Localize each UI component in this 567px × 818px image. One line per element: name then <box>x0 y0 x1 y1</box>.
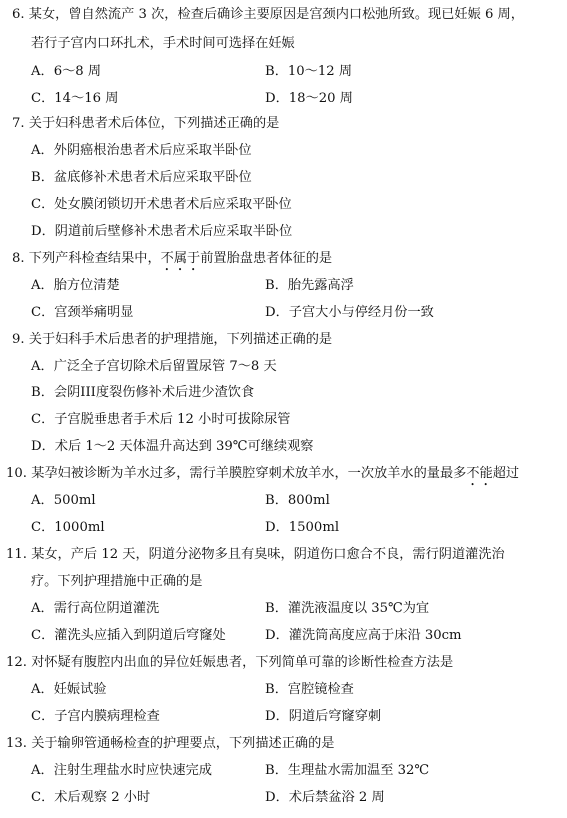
option-label: B． <box>265 493 288 508</box>
question-text: 关于输卵管通畅检查的护理要点，下列描述正确的是 <box>31 736 334 751</box>
question-6-stem: 6. 某女，曾自然流产 3 次，检查后确诊主要原因是宫颈内口松弛所致。现已妊娠 … <box>12 6 524 24</box>
question-text: 某女，曾自然流产 3 次，检查后确诊主要原因是宫颈内口松弛所致。现已妊娠 6 周… <box>29 7 524 22</box>
option-text: 14～16 周 <box>54 91 118 106</box>
option-text: 宫颈举痛明显 <box>54 305 133 320</box>
question-13-option-a: A．注射生理盐水时应快速完成 <box>31 762 212 780</box>
question-number: 9. <box>12 332 25 347</box>
question-8-option-a: A．胎方位清楚 <box>31 277 120 295</box>
question-11-option-b: B．灌洗液温度以 35℃为宜 <box>265 600 429 618</box>
option-text: 外阴癌根治患者术后应采取半卧位 <box>54 143 252 158</box>
question-12-option-c: C．子宫内膜病理检查 <box>31 708 160 726</box>
question-13-option-b: B．生理盐水需加温至 32℃ <box>265 762 429 780</box>
question-10-option-d: D．1500ml <box>265 519 339 537</box>
question-number: 11. <box>6 547 27 562</box>
question-number: 13. <box>6 736 27 751</box>
question-text: 某孕妇被诊断为羊水过多，需行羊膜腔穿刺术放羊水，一次放羊水的量最多 <box>31 466 466 481</box>
question-number: 6. <box>12 7 25 22</box>
option-text: 阴道前后壁修补术患者术后应采取半卧位 <box>55 224 292 239</box>
question-text: 关于妇科患者术后体位，下列描述正确的是 <box>29 116 280 131</box>
question-8-option-b: B．胎先露高浮 <box>265 277 354 295</box>
option-label: A． <box>31 763 54 778</box>
question-text-cont: 超过 <box>493 466 519 481</box>
question-number: 12. <box>6 655 27 670</box>
question-8-option-d: D．子宫大小与停经月份一致 <box>265 304 434 322</box>
question-6-option-d: D．18～20 周 <box>265 90 353 108</box>
option-text: 胎方位清楚 <box>54 278 120 293</box>
question-7-option-c: C．处女膜闭锁切开术患者术后应采取平卧位 <box>31 196 292 214</box>
question-text: 对怀疑有腹腔内出血的异位妊娠患者，下列简单可靠的诊断性检查方法是 <box>31 655 453 670</box>
option-text: 灌洗头应插入到阴道后穹窿处 <box>54 628 225 643</box>
option-label: D． <box>265 520 289 535</box>
question-11-option-a: A．需行高位阴道灌洗 <box>31 600 159 618</box>
question-7-option-b: B．盆底修补术患者术后应采取平卧位 <box>31 169 252 187</box>
option-text: 子宫脱垂患者手术后 12 小时可拔除尿管 <box>54 412 290 427</box>
question-9-option-a: A．广泛全子宫切除术后留置尿管 7～8 天 <box>31 358 277 376</box>
option-text: 妊娠试验 <box>54 682 107 697</box>
question-9-option-b: B．会阴III度裂伤修补术后进少渣饮食 <box>31 384 254 402</box>
option-text: 阴道后穹窿穿刺 <box>289 709 381 724</box>
option-label: A． <box>31 64 54 79</box>
question-9-option-d: D．术后 1～2 天体温升高达到 39℃可继续观察 <box>31 438 313 456</box>
question-10-stem: 10. 某孕妇被诊断为羊水过多，需行羊膜腔穿刺术放羊水，一次放羊水的量最多不能超… <box>6 465 519 489</box>
option-label: B． <box>31 385 54 400</box>
question-12-option-a: A．妊娠试验 <box>31 681 106 699</box>
option-text: 500ml <box>54 493 96 508</box>
option-label: D． <box>265 628 289 643</box>
option-label: B． <box>265 64 288 79</box>
option-text: 会阴III度裂伤修补术后进少渣饮食 <box>54 385 254 400</box>
option-label: A． <box>31 682 54 697</box>
question-8-option-c: C．宫颈举痛明显 <box>31 304 133 322</box>
option-text: 10～12 周 <box>288 64 352 79</box>
question-text: 关于妇科手术后患者的护理措施，下列描述正确的是 <box>29 332 332 347</box>
question-13-stem: 13. 关于输卵管通畅检查的护理要点，下列描述正确的是 <box>6 735 335 753</box>
question-11-option-d: D．灌洗筒高度应高于床沿 30cm <box>265 627 462 645</box>
option-text: 6～8 周 <box>54 64 101 79</box>
question-7-option-d: D．阴道前后壁修补术患者术后应采取半卧位 <box>31 223 292 241</box>
emphasis-text: 不能 <box>466 466 492 481</box>
option-label: C． <box>31 412 54 427</box>
question-text: 某女，产后 12 天，阴道分泌物多且有臭味，阴道伤口愈合不良，需行阴道灌洗治 <box>31 547 505 562</box>
question-6-stem-cont: 若行子宫内口环扎术，手术时间可选择在妊娠 <box>31 35 295 53</box>
question-13-option-c: C．术后观察 2 小时 <box>31 789 150 807</box>
option-text: 胎先露高浮 <box>288 278 354 293</box>
question-6-option-c: C．14～16 周 <box>31 90 118 108</box>
question-10-option-b: B．800ml <box>265 492 330 510</box>
option-label: A． <box>31 493 54 508</box>
question-12-option-b: B．宫腔镜检查 <box>265 681 354 699</box>
option-text: 子宫内膜病理检查 <box>54 709 160 724</box>
option-label: A． <box>31 143 54 158</box>
question-7-stem: 7. 关于妇科患者术后体位，下列描述正确的是 <box>12 115 279 133</box>
option-label: C． <box>31 790 54 805</box>
option-label: A． <box>31 601 54 616</box>
option-label: B． <box>265 601 288 616</box>
option-text: 术后禁盆浴 2 周 <box>289 790 385 805</box>
question-number: 10. <box>6 466 27 481</box>
option-text: 灌洗筒高度应高于床沿 30cm <box>289 628 462 643</box>
question-text: 下列产科检查结果中， <box>29 251 161 266</box>
option-text: 术后观察 2 小时 <box>54 790 150 805</box>
question-6-option-b: B．10～12 周 <box>265 63 352 81</box>
option-label: B． <box>265 682 288 697</box>
option-text: 术后 1～2 天体温升高达到 39℃可继续观察 <box>55 439 314 454</box>
option-text: 宫腔镜检查 <box>288 682 354 697</box>
option-text: 处女膜闭锁切开术患者术后应采取平卧位 <box>54 197 291 212</box>
question-9-stem: 9. 关于妇科手术后患者的护理措施，下列描述正确的是 <box>12 331 332 349</box>
option-text: 盆底修补术患者术后应采取平卧位 <box>54 170 252 185</box>
option-text: 灌洗液温度以 35℃为宜 <box>288 601 429 616</box>
option-label: D． <box>31 439 55 454</box>
option-label: C． <box>31 520 54 535</box>
option-label: D． <box>265 709 289 724</box>
option-label: C． <box>31 709 54 724</box>
question-12-option-d: D．阴道后穹窿穿刺 <box>265 708 381 726</box>
option-label: A． <box>31 359 54 374</box>
question-text-cont: 前置胎盘患者体征的是 <box>200 251 332 266</box>
option-label: D． <box>265 91 289 106</box>
question-number: 8. <box>12 251 25 266</box>
option-text: 1500ml <box>289 520 339 535</box>
option-text: 800ml <box>288 493 330 508</box>
question-8-stem: 8. 下列产科检查结果中，不属于前置胎盘患者体征的是 <box>12 250 332 274</box>
question-11-stem: 11. 某女，产后 12 天，阴道分泌物多且有臭味，阴道伤口愈合不良，需行阴道灌… <box>6 546 505 564</box>
question-9-option-c: C．子宫脱垂患者手术后 12 小时可拔除尿管 <box>31 411 290 429</box>
option-label: C． <box>31 197 54 212</box>
option-label: D． <box>265 305 289 320</box>
option-label: B． <box>265 278 288 293</box>
option-text: 广泛全子宫切除术后留置尿管 7～8 天 <box>54 359 277 374</box>
option-label: C． <box>31 628 54 643</box>
emphasis-text: 不属于 <box>161 251 201 266</box>
option-text: 18～20 周 <box>289 91 353 106</box>
option-text: 需行高位阴道灌洗 <box>54 601 160 616</box>
option-label: D． <box>265 790 289 805</box>
option-label: B． <box>31 170 54 185</box>
option-text: 注射生理盐水时应快速完成 <box>54 763 212 778</box>
question-number: 7. <box>12 116 25 131</box>
option-label: C． <box>31 305 54 320</box>
option-label: A． <box>31 278 54 293</box>
option-text: 1000ml <box>54 520 104 535</box>
option-text: 子宫大小与停经月份一致 <box>289 305 434 320</box>
question-10-option-a: A．500ml <box>31 492 96 510</box>
option-label: D． <box>31 224 55 239</box>
option-label: B． <box>265 763 288 778</box>
question-10-option-c: C．1000ml <box>31 519 105 537</box>
question-11-option-c: C．灌洗头应插入到阴道后穹窿处 <box>31 627 226 645</box>
option-text: 生理盐水需加温至 32℃ <box>288 763 429 778</box>
question-7-option-a: A．外阴癌根治患者术后应采取半卧位 <box>31 142 252 160</box>
question-13-option-d: D．术后禁盆浴 2 周 <box>265 789 385 807</box>
option-label: C． <box>31 91 54 106</box>
question-11-stem-cont: 疗。下列护理措施中正确的是 <box>31 573 202 591</box>
question-6-option-a: A．6～8 周 <box>31 63 101 81</box>
question-12-stem: 12. 对怀疑有腹腔内出血的异位妊娠患者，下列简单可靠的诊断性检查方法是 <box>6 654 453 672</box>
